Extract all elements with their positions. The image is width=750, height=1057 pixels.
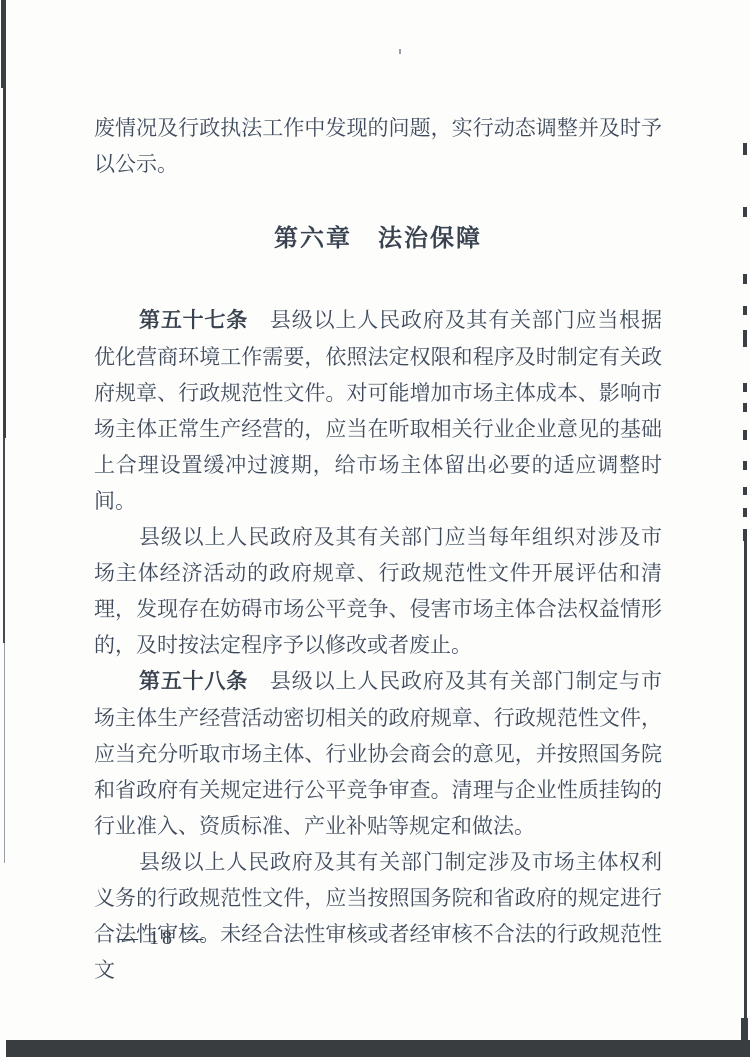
article-number: 第五十八条 [139, 670, 248, 693]
scan-edge-right-mark [743, 274, 747, 284]
scan-edge-right-mark [743, 207, 747, 217]
scan-edge-left-mid [3, 438, 5, 643]
scan-edge-right-mark [743, 306, 747, 315]
scan-edge-right-line [744, 541, 747, 1045]
body-paragraph: 第五十八条 县级以上人民政府及其有关部门制定与市场主体生产经营活动密切相关的政府… [94, 663, 662, 844]
scan-edge-right-mark [743, 330, 747, 347]
body-paragraph: 废情况及行政执法工作中发现的问题，实行动态调整并及时予以公示。 [94, 110, 662, 182]
scan-speck-top [399, 49, 401, 54]
scan-edge-right-mark [743, 529, 747, 541]
article-number: 第五十七条 [139, 309, 248, 332]
body-paragraph: 县级以上人民政府及其有关部门应当每年组织对涉及市场主体经济活动的政府规章、行政规… [94, 519, 662, 663]
scan-edge-right-mark [743, 143, 747, 155]
document-body: 废情况及行政执法工作中发现的问题，实行动态调整并及时予以公示。第六章 法治保障第… [94, 110, 662, 988]
body-paragraph: 第五十七条 县级以上人民政府及其有关部门应当根据优化营商环境工作需要，依照法定权… [94, 302, 662, 519]
scan-edge-right-mark [743, 403, 747, 412]
scan-edge-left-top [1, 0, 6, 88]
body-paragraph: 县级以上人民政府及其有关部门制定涉及市场主体权利义务的行政规范性文件，应当按照国… [94, 844, 662, 988]
page-number: — 18 — [118, 926, 206, 950]
scan-edge-right-mark [743, 383, 747, 392]
scan-edge-right-mark [743, 461, 747, 470]
scan-edge-right-mark [743, 487, 747, 495]
scan-edge-left-faint [4, 643, 5, 863]
scan-edge-right-mark [743, 430, 747, 440]
scan-edge-right-mark [743, 508, 747, 517]
scan-bar-bottom [6, 1040, 750, 1057]
scanned-document-page: 废情况及行政执法工作中发现的问题，实行动态调整并及时予以公示。第六章 法治保障第… [0, 0, 750, 1057]
chapter-heading: 第六章 法治保障 [94, 224, 662, 254]
scan-edge-left-strip [3, 88, 6, 438]
